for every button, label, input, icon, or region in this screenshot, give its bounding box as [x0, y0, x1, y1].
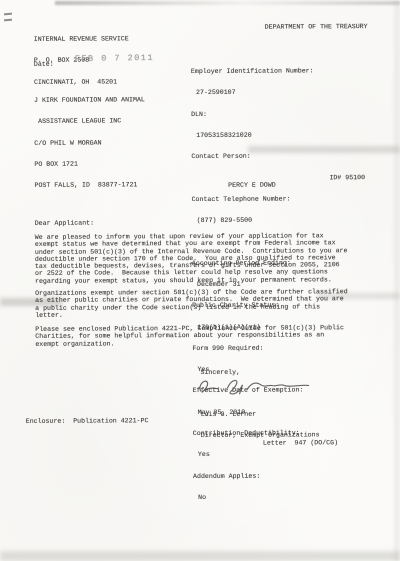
department-header: DEPARTMENT OF THE TREASURY: [265, 23, 368, 31]
body-paragraph-2: Organizations exempt under section 501(c…: [35, 288, 348, 319]
signer-name: Lois G. Lerner: [201, 411, 320, 419]
date-stamp: FEB 0 7 2011: [75, 55, 154, 64]
contact-person-value: PERCY E DOWD: [223, 181, 276, 188]
recipient-line: PO BOX 1721: [34, 160, 145, 168]
ein-value: 27-2590107: [191, 89, 314, 97]
scanned-letter-page: INTERNAL REVENUE SERVICE P. O. BOX 2508 …: [0, 0, 400, 561]
sender-line: INTERNAL REVENUE SERVICE: [34, 36, 129, 44]
signer-title: Director, Exempt Organizations: [201, 432, 320, 440]
dln-label: DLN:: [191, 110, 314, 118]
addendum-value: No: [193, 493, 316, 501]
recipient-line: POST FALLS, ID 83877-1721: [34, 182, 145, 190]
recipient-line: ASSISTANCE LEAGUE INC: [34, 118, 145, 126]
date-label: Date:: [34, 61, 54, 69]
contact-phone-label: Contact Telephone Number:: [192, 195, 315, 203]
recipient-line: J KIRK FOUNDATION AND ANIMAL: [34, 96, 145, 104]
body-paragraph-1: We are pleased to inform you that upon r…: [35, 232, 348, 284]
contact-phone-value: (877) 829-5500: [192, 217, 315, 225]
letter-number: Letter 947 (DO/CG): [263, 439, 338, 447]
ein-label: Employer Identification Number:: [191, 68, 314, 76]
addendum-label: Addendum Applies:: [193, 472, 316, 480]
recipient-address: J KIRK FOUNDATION AND ANIMAL ASSISTANCE …: [34, 82, 145, 203]
letter-content: INTERNAL REVENUE SERVICE P. O. BOX 2508 …: [0, 0, 400, 561]
contact-person-label: Contact Person:: [191, 153, 314, 161]
dln-value: 17053158321020: [191, 131, 314, 139]
recipient-line: C/O PHIL W MORGAN: [34, 139, 145, 147]
enclosure-line: Enclosure: Publication 4221-PC: [26, 417, 149, 425]
body-paragraph-3: Please see enclosed Publication 4221-PC,…: [35, 324, 344, 347]
salutation: Dear Applicant:: [35, 220, 94, 228]
contact-id-number: ID# 95100: [329, 174, 365, 181]
